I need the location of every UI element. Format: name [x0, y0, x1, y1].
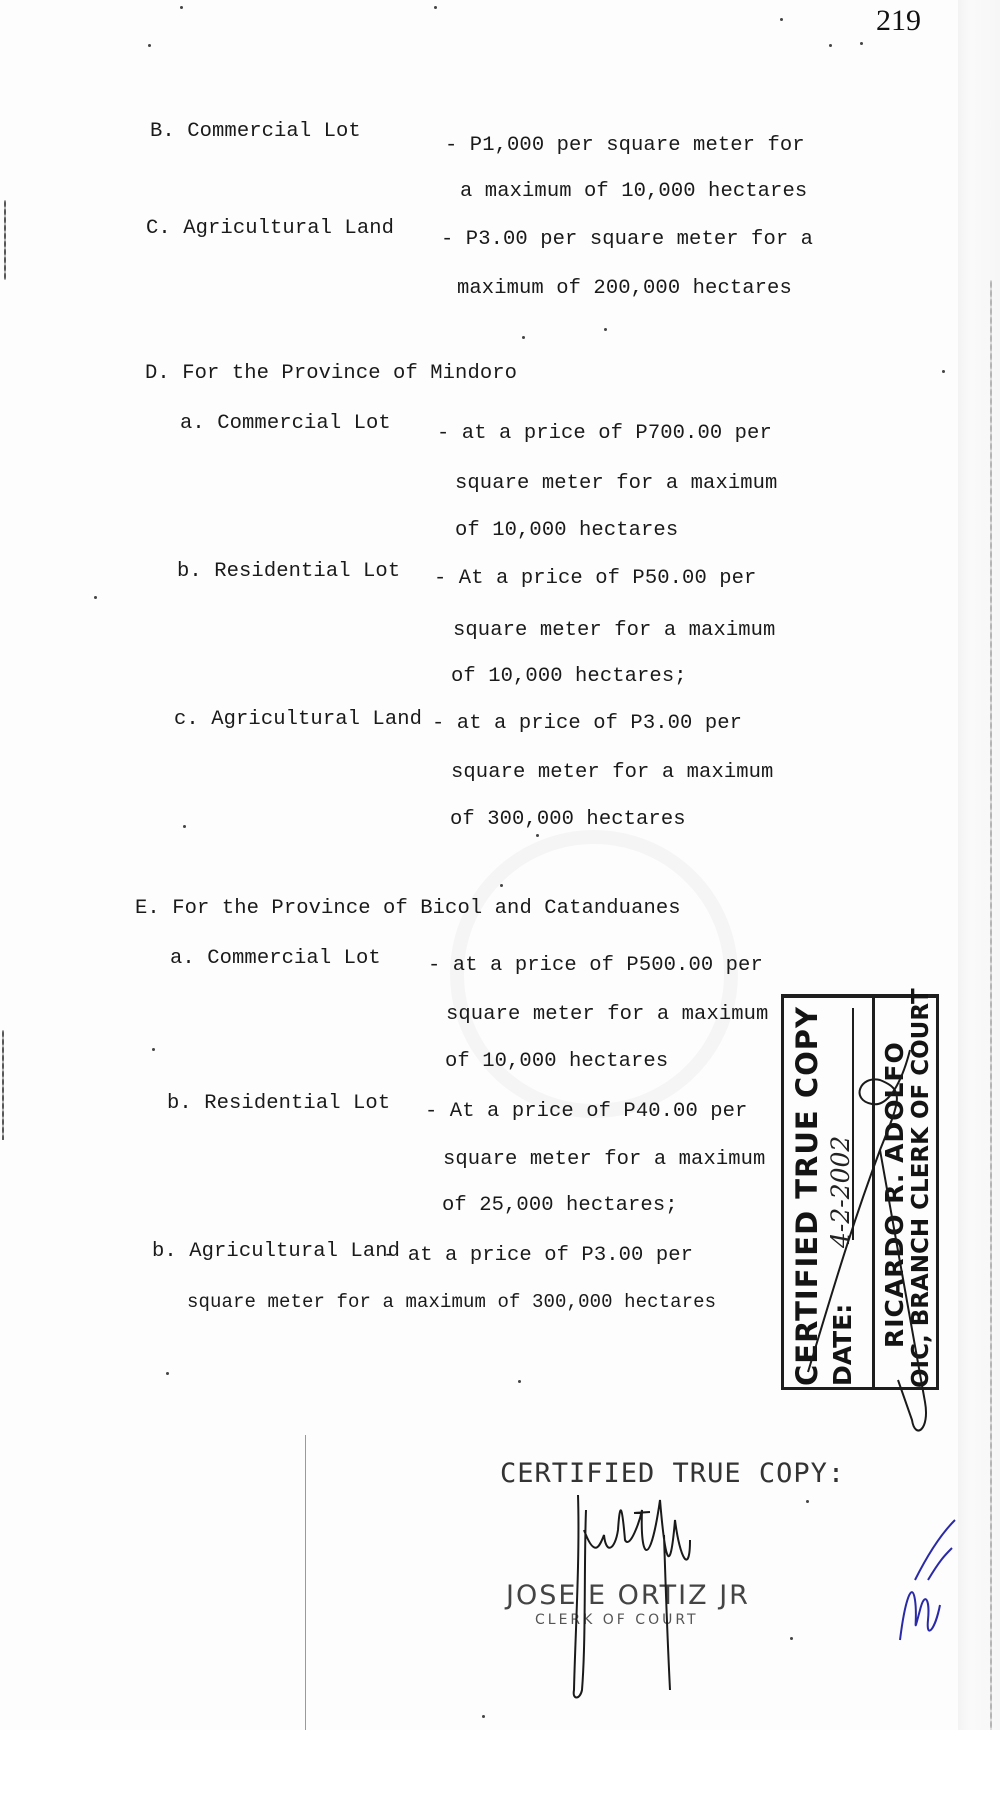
scan-speck: [183, 825, 186, 828]
certification-title: CERTIFIED TRUE COPY:: [500, 1458, 845, 1489]
section-e-item-term: - At a price of P40.00 per: [425, 1100, 747, 1123]
scan-speck: [860, 42, 863, 45]
scan-speck: [780, 18, 783, 21]
scan-speck: [180, 6, 183, 9]
stamp-signatory-title: OIC, BRANCH CLERK OF COURT: [908, 988, 934, 1388]
section-b-term: - P1,000 per square meter for: [445, 134, 805, 157]
section-c-term: maximum of 200,000 hectares: [457, 277, 792, 300]
section-e-heading: E. For the Province of Bicol and Catandu…: [135, 897, 681, 920]
section-d-item-term: of 10,000 hectares;: [451, 665, 687, 688]
section-e-item-label: b. Agricultural Land: [152, 1240, 400, 1263]
section-d-item-term: square meter for a maximum: [453, 619, 775, 642]
stamp-divider: [872, 998, 875, 1387]
section-d-item-term: of 300,000 hectares: [450, 808, 686, 831]
section-d-heading: D. For the Province of Mindoro: [145, 362, 517, 385]
section-e-item-term: - at a price of P3.00 per: [383, 1244, 693, 1267]
section-d-item-term: - At a price of P50.00 per: [434, 567, 756, 590]
section-c-term: - P3.00 per square meter for a: [441, 228, 813, 251]
section-e-item-label: a. Commercial Lot: [170, 947, 381, 970]
section-d-item-label: b. Residential Lot: [177, 560, 400, 583]
scan-speck: [522, 336, 525, 339]
stamp-date-label: DATE:: [828, 1304, 857, 1386]
scan-speck: [790, 1637, 793, 1640]
scan-speck: [518, 1380, 521, 1383]
section-e-item-term: - at a price of P500.00 per: [428, 954, 763, 977]
scan-noise: [990, 280, 992, 1730]
document-page: 219 B. Commercial Lot - P1,000 per squar…: [0, 0, 1000, 1730]
section-e-item-term: square meter for a maximum of 300,000 he…: [187, 1291, 716, 1313]
stamp-title: CERTIFIED TRUE COPY: [790, 1006, 824, 1386]
scan-noise: [2, 1030, 4, 1140]
certified-true-copy-stamp: CERTIFIED TRUE COPY DATE: 4-2-2002 RICAR…: [781, 994, 939, 1390]
scan-speck: [942, 370, 945, 373]
section-d-item-term: of 10,000 hectares: [455, 519, 678, 542]
section-b-label: B. Commercial Lot: [150, 120, 361, 143]
fold-line: [305, 1435, 306, 1730]
page-number: 219: [876, 4, 921, 38]
section-d-item-term: - at a price of P700.00 per: [437, 422, 772, 445]
section-e-item-term: square meter for a maximum: [446, 1003, 768, 1026]
section-c-label: C. Agricultural Land: [146, 217, 394, 240]
scan-speck: [500, 884, 503, 887]
scan-speck: [806, 1500, 809, 1503]
section-e-item-label: b. Residential Lot: [167, 1092, 390, 1115]
stamp-handwritten-date: 4-2-2002: [826, 1136, 855, 1248]
certifier-role: CLERK OF COURT: [535, 1612, 699, 1628]
scan-speck: [152, 1048, 155, 1051]
section-e-item-term: square meter for a maximum: [443, 1148, 765, 1171]
scan-speck: [148, 44, 151, 47]
section-e-item-term: of 25,000 hectares;: [442, 1194, 678, 1217]
section-d-item-label: c. Agricultural Land: [174, 708, 422, 731]
scan-speck: [604, 328, 607, 331]
scan-speck: [829, 44, 832, 47]
section-d-item-term: square meter for a maximum: [451, 761, 773, 784]
scan-speck: [536, 834, 539, 837]
section-b-term: a maximum of 10,000 hectares: [460, 180, 807, 203]
scan-edge: [958, 0, 1000, 1730]
section-d-item-term: square meter for a maximum: [455, 472, 777, 495]
scan-speck: [434, 6, 437, 9]
blue-initials: [900, 1520, 955, 1640]
stamp-signatory-name: RICARDO R. ADOLFO: [880, 1041, 909, 1348]
scan-speck: [166, 1372, 169, 1375]
section-d-item-term: - at a price of P3.00 per: [432, 712, 742, 735]
scan-speck: [94, 596, 97, 599]
section-e-item-term: of 10,000 hectares: [445, 1050, 668, 1073]
section-d-item-label: a. Commercial Lot: [180, 412, 391, 435]
scan-speck: [482, 1715, 485, 1718]
certifier-name: JOSE E ORTIZ JR: [506, 1580, 750, 1611]
scan-noise: [4, 200, 6, 280]
